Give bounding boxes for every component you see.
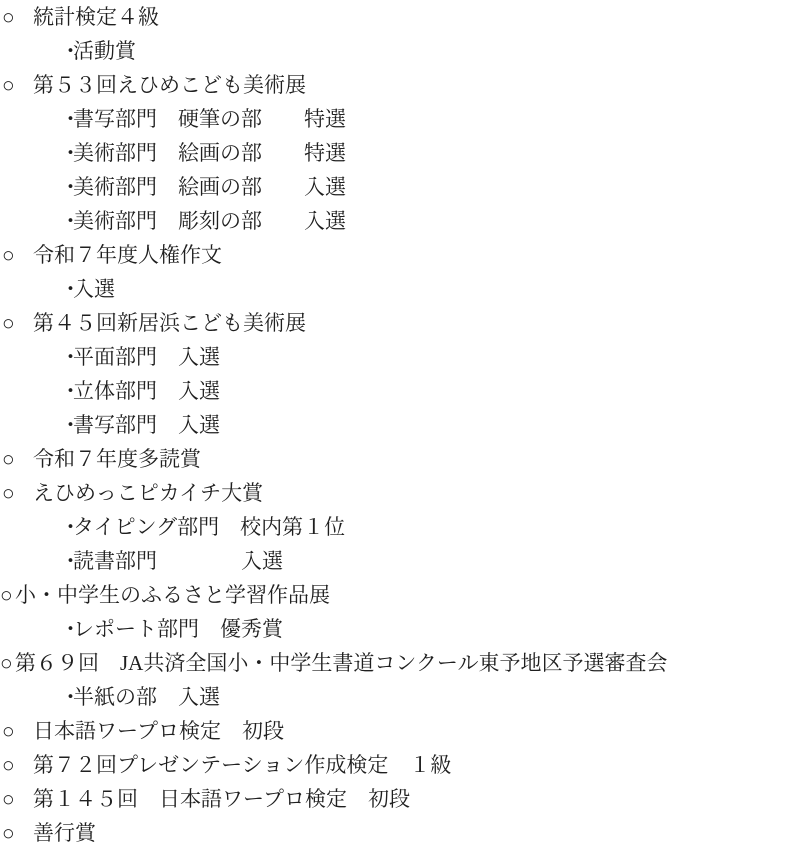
dot-bullet: ・ <box>60 204 73 238</box>
award-category-text: えひめっこピカイチ大賞 <box>33 481 263 505</box>
award-detail-text: 書写部門 硬筆の部 特選 <box>73 107 346 131</box>
award-detail-text: 半紙の部 入選 <box>73 685 220 709</box>
circle-bullet: ○ <box>2 714 33 748</box>
circle-bullet: ○ <box>2 748 33 782</box>
award-category-text: 統計検定４級 <box>33 5 159 29</box>
award-category-text: 令和７年度多読賞 <box>33 447 201 471</box>
award-detail-row: ・美術部門 絵画の部 特選 <box>0 136 800 170</box>
dot-bullet: ・ <box>60 680 73 714</box>
award-detail-text: 美術部門 絵画の部 特選 <box>73 141 346 165</box>
award-category-text: 第４５回新居浜こども美術展 <box>33 311 306 335</box>
award-detail-text: 立体部門 入選 <box>73 379 220 403</box>
award-detail-text: 平面部門 入選 <box>73 345 220 369</box>
award-category-text: 令和７年度人権作文 <box>33 243 222 267</box>
award-detail-text: 入選 <box>73 277 115 301</box>
circle-bullet: ○ <box>2 0 33 34</box>
dot-bullet: ・ <box>60 340 73 374</box>
dot-bullet: ・ <box>60 544 73 578</box>
award-category-row: ○統計検定４級 <box>0 0 800 34</box>
award-detail-row: ・平面部門 入選 <box>0 340 800 374</box>
circle-bullet: ○ <box>2 476 33 510</box>
award-category-text: 第６９回 JA共済全国小・中学生書道コンクール東予地区予選審査会 <box>15 651 668 675</box>
award-detail-text: 読書部門 入選 <box>73 549 283 573</box>
circle-bullet: ○ <box>2 782 33 816</box>
award-detail-text: 活動賞 <box>73 39 136 63</box>
award-category-row: ○第５３回えひめこども美術展 <box>0 68 800 102</box>
circle-bullet: ○ <box>2 68 33 102</box>
award-category-row: ○第６９回 JA共済全国小・中学生書道コンクール東予地区予選審査会 <box>0 646 800 680</box>
award-category-row: ○善行賞 <box>0 816 800 849</box>
circle-bullet: ○ <box>2 238 33 272</box>
award-detail-text: 美術部門 絵画の部 入選 <box>73 175 346 199</box>
award-detail-text: 書写部門 入選 <box>73 413 220 437</box>
award-detail-text: レポート部門 優秀賞 <box>73 617 283 641</box>
award-category-text: 小・中学生のふるさと学習作品展 <box>15 583 330 607</box>
award-category-row: ○第１４５回 日本語ワープロ検定 初段 <box>0 782 800 816</box>
dot-bullet: ・ <box>60 510 73 544</box>
award-category-text: 善行賞 <box>33 821 96 845</box>
award-category-row: ○第７２回プレゼンテーション作成検定 １級 <box>0 748 800 782</box>
circle-bullet: ○ <box>2 816 33 849</box>
circle-bullet: ○ <box>0 646 15 680</box>
dot-bullet: ・ <box>60 170 73 204</box>
dot-bullet: ・ <box>60 272 73 306</box>
dot-bullet: ・ <box>60 136 73 170</box>
dot-bullet: ・ <box>60 102 73 136</box>
award-detail-text: 美術部門 彫刻の部 入選 <box>73 209 346 233</box>
award-category-row: ○日本語ワープロ検定 初段 <box>0 714 800 748</box>
award-list: ○統計検定４級・活動賞○第５３回えひめこども美術展・書写部門 硬筆の部 特選・美… <box>0 0 800 849</box>
award-category-row: ○令和７年度人権作文 <box>0 238 800 272</box>
dot-bullet: ・ <box>60 408 73 442</box>
awards-document-page: ○統計検定４級・活動賞○第５３回えひめこども美術展・書写部門 硬筆の部 特選・美… <box>0 0 800 849</box>
award-detail-row: ・入選 <box>0 272 800 306</box>
award-detail-row: ・立体部門 入選 <box>0 374 800 408</box>
award-detail-row: ・美術部門 絵画の部 入選 <box>0 170 800 204</box>
award-detail-row: ・半紙の部 入選 <box>0 680 800 714</box>
award-detail-row: ・活動賞 <box>0 34 800 68</box>
award-category-text: 第７２回プレゼンテーション作成検定 １級 <box>33 753 451 777</box>
award-detail-row: ・書写部門 硬筆の部 特選 <box>0 102 800 136</box>
dot-bullet: ・ <box>60 374 73 408</box>
award-category-text: 日本語ワープロ検定 初段 <box>33 719 284 743</box>
award-detail-row: ・タイピング部門 校内第１位 <box>0 510 800 544</box>
award-category-row: ○小・中学生のふるさと学習作品展 <box>0 578 800 612</box>
award-category-row: ○令和７年度多読賞 <box>0 442 800 476</box>
dot-bullet: ・ <box>60 34 73 68</box>
award-detail-row: ・レポート部門 優秀賞 <box>0 612 800 646</box>
award-detail-row: ・読書部門 入選 <box>0 544 800 578</box>
award-category-text: 第５３回えひめこども美術展 <box>33 73 306 97</box>
award-detail-text: タイピング部門 校内第１位 <box>73 515 345 539</box>
circle-bullet: ○ <box>2 442 33 476</box>
award-category-row: ○えひめっこピカイチ大賞 <box>0 476 800 510</box>
dot-bullet: ・ <box>60 612 73 646</box>
award-detail-row: ・美術部門 彫刻の部 入選 <box>0 204 800 238</box>
award-category-text: 第１４５回 日本語ワープロ検定 初段 <box>33 787 410 811</box>
circle-bullet: ○ <box>2 306 33 340</box>
award-category-row: ○第４５回新居浜こども美術展 <box>0 306 800 340</box>
award-detail-row: ・書写部門 入選 <box>0 408 800 442</box>
circle-bullet: ○ <box>0 578 15 612</box>
